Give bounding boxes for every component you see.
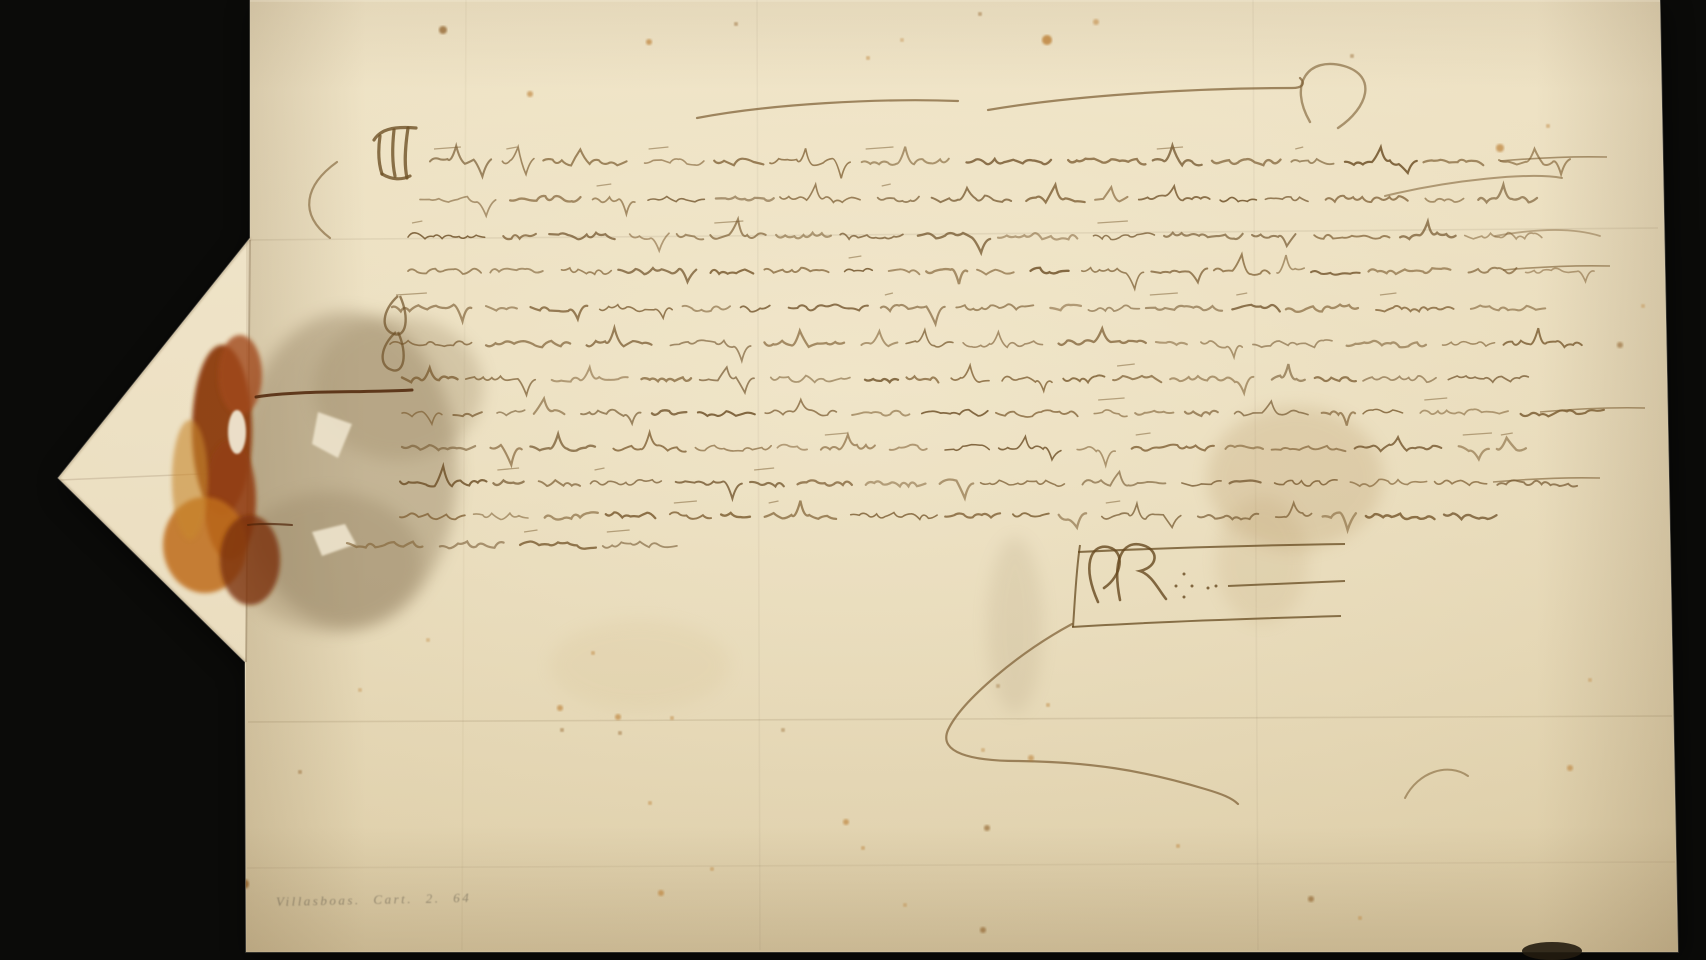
foxing-spot [1093,19,1099,25]
foxing-spot [1358,916,1362,920]
foxing-spot [1641,304,1645,308]
signature-dot [1191,585,1194,588]
foxing-spot [710,867,714,871]
foxing-spot [527,91,533,97]
signature-dot [1183,573,1186,576]
foxing-spot [984,825,990,831]
foxing-spot [861,846,865,850]
signature-dot [1215,585,1218,588]
foxing-spot [615,714,621,720]
foxing-spot [1176,844,1180,848]
paper-surface [0,0,1706,960]
foxing-spot [981,748,985,752]
foxing-spot [1617,342,1623,348]
foxing-spot [439,26,447,34]
foxing-spot [866,56,870,60]
foxing-spot [900,38,904,42]
foxing-spot [591,651,595,655]
foxing-spot [658,890,664,896]
foxing-spot [1546,124,1550,128]
foxing-spot [426,638,430,642]
foxing-spot [843,819,849,825]
manuscript-scene [0,0,1706,960]
foxing-spot [978,12,982,16]
foxing-spot [560,728,564,732]
table-shadow-blob [1522,942,1582,960]
foxing-spot [996,684,1000,688]
foxing-spot [903,903,907,907]
wax-blob [172,420,208,540]
wax-blob [220,515,280,605]
foxing-spot [980,927,986,933]
foxing-spot [1046,703,1050,707]
cord-line [248,524,292,525]
foxing-spot [298,770,302,774]
damp-stain [987,537,1043,713]
foxing-spot [670,716,674,720]
foxing-spot [646,39,652,45]
foxing-spot [1042,35,1052,45]
foxing-spot [1588,678,1592,682]
foxing-spot [618,731,622,735]
foxing-spot [1028,755,1034,761]
foxing-spot [648,801,652,805]
right-edge-shading [1536,0,1678,952]
foxing-spot [1496,144,1504,152]
top-edge-shading [246,0,1660,90]
foxing-spot [1308,896,1314,902]
bottom-edge-shading [246,826,1678,952]
damp-stain [550,620,730,710]
wax-blob [218,335,262,415]
paper-loss-patch [228,410,246,454]
signature-dot [1175,585,1178,588]
foxing-spot [557,705,563,711]
foxing-spot [1567,765,1573,771]
foxing-spot [1350,54,1354,58]
signature-dot [1207,587,1210,590]
letter-paper [0,0,1706,960]
damp-stain [1216,496,1308,624]
manuscript-photograph: Villasboas. Cart. 2. 64 [0,0,1706,960]
foxing-spot [781,728,785,732]
foxing-spot [734,22,738,26]
signature-dot [1183,596,1186,599]
foxing-spot [358,688,362,692]
